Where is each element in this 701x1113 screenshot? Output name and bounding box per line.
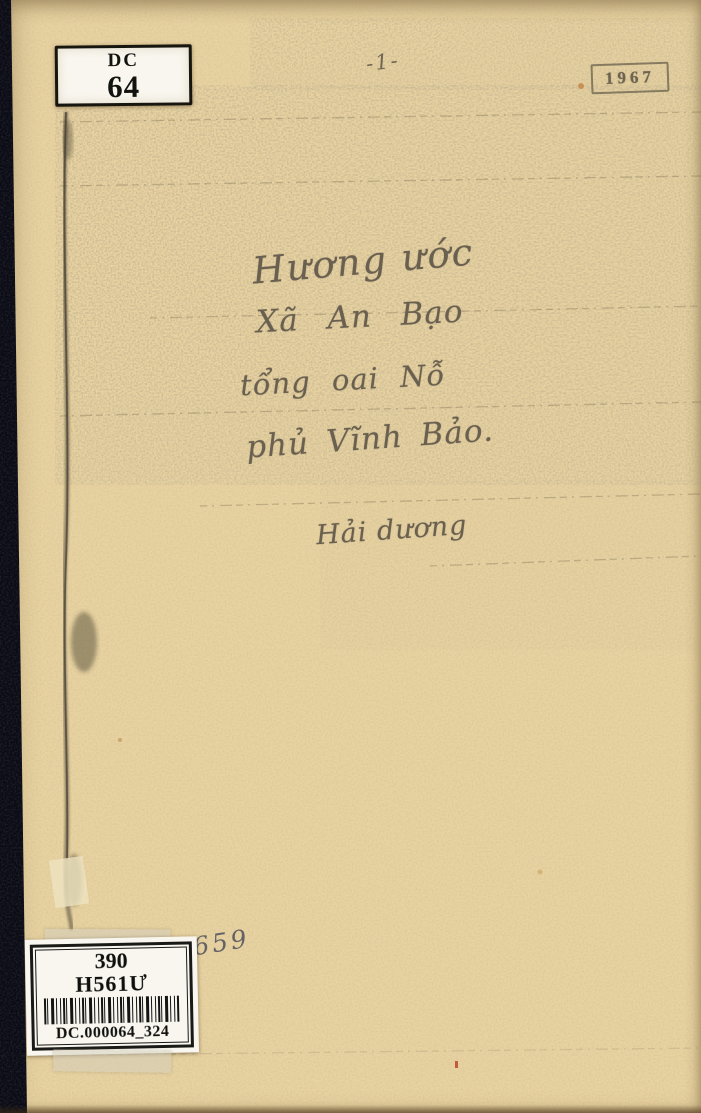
barcode-label-border: 390 H561Ư DC.000064_324 <box>30 941 194 1050</box>
barcode-label: 390 H561Ư DC.000064_324 <box>20 927 209 1077</box>
tape-strip-bottom <box>53 1049 171 1073</box>
shelf-label-number: 64 <box>58 71 189 101</box>
call-number-cutter: H561Ư <box>75 973 148 997</box>
barcode <box>44 995 181 1024</box>
barcode-text: DC.000064_324 <box>56 1023 170 1043</box>
barcode-sticker: 390 H561Ư DC.000064_324 <box>25 936 199 1056</box>
call-number-class: 390 <box>94 950 127 973</box>
page-number-annotation: -1- <box>365 48 401 76</box>
scanned-document-page: DC 64 -1- 1967 Hương ước Xã An Bạo tổng … <box>0 0 701 1113</box>
shelf-label: DC 64 <box>55 44 193 106</box>
page-bottom-edge <box>0 1105 701 1113</box>
year-stamp: 1967 <box>591 62 670 95</box>
